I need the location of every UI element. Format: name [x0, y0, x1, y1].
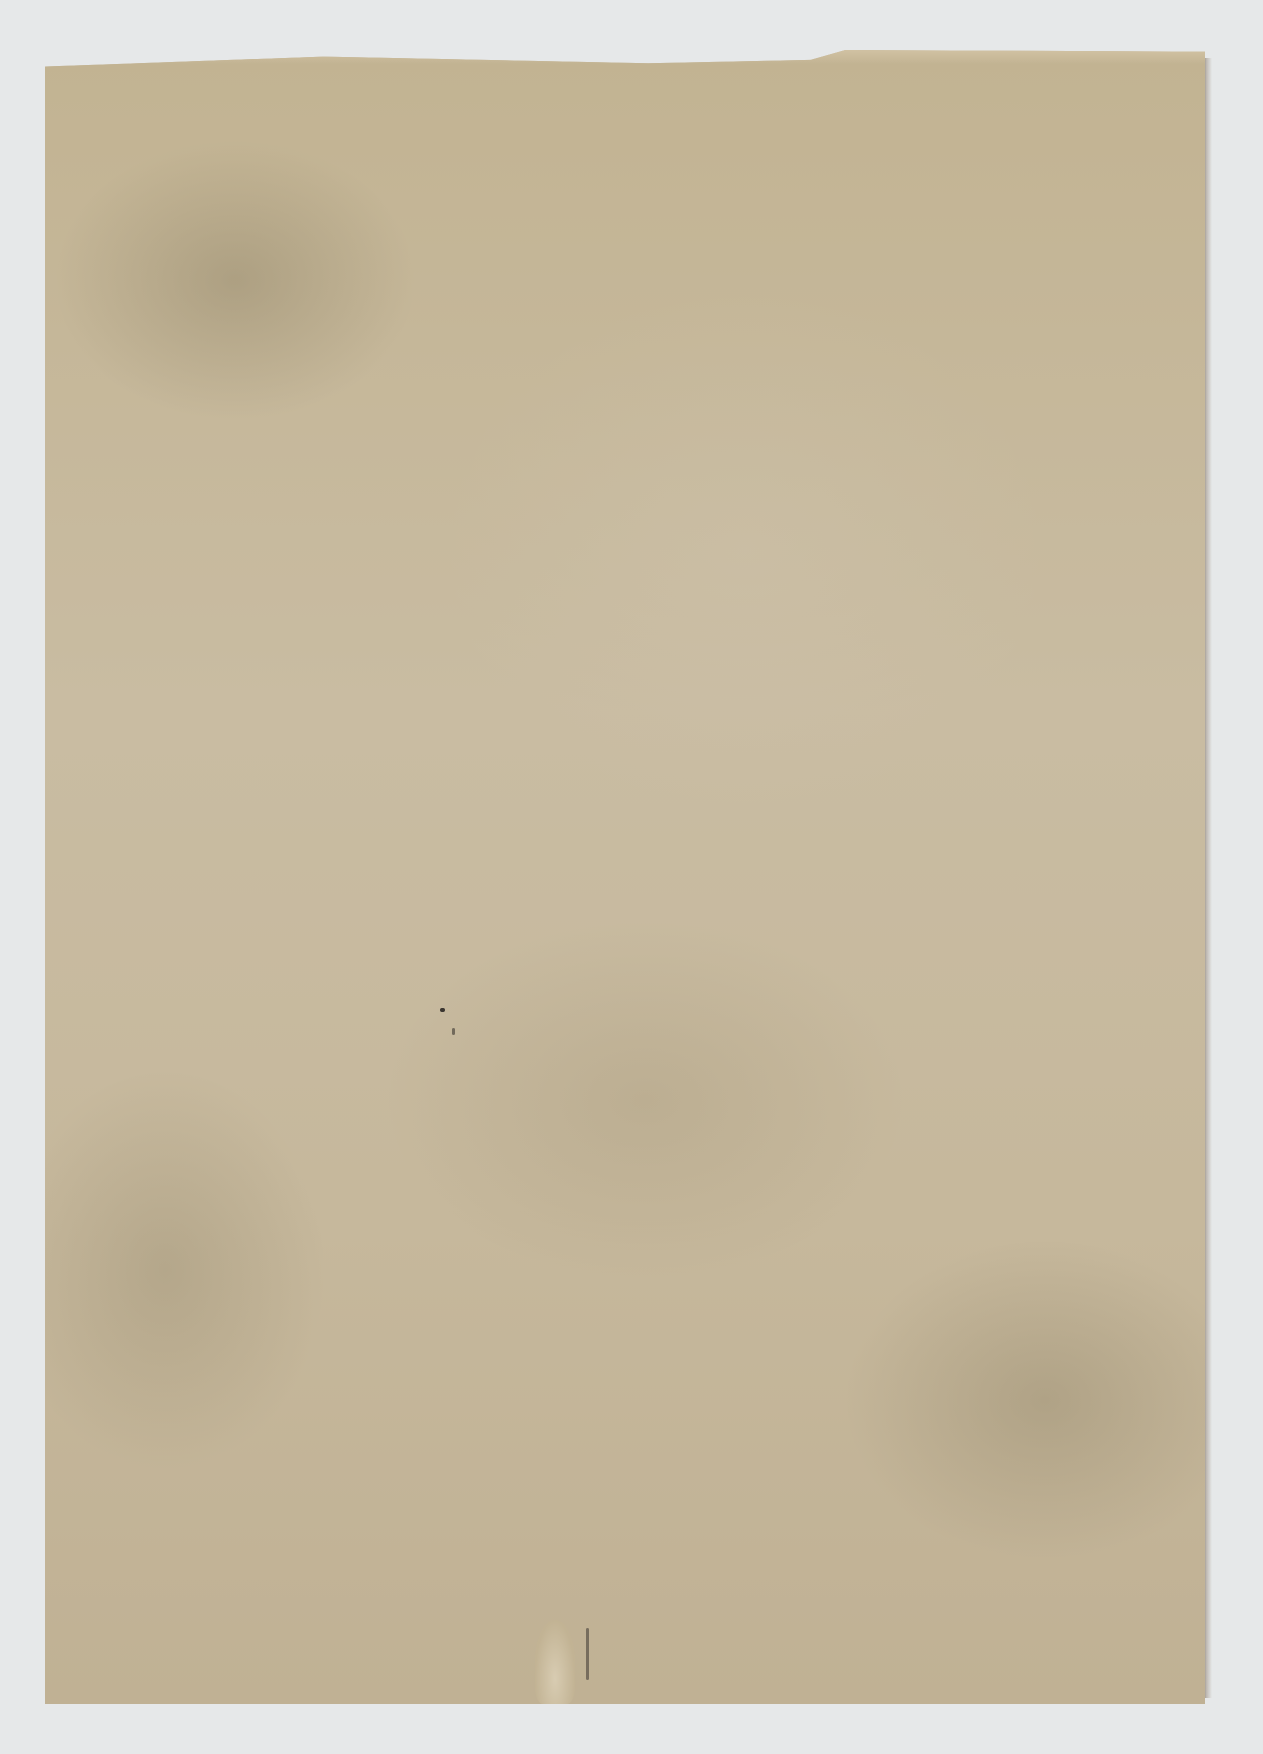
- print-fragment: [586, 1628, 589, 1680]
- ink-speck: [440, 1008, 445, 1012]
- paper-tear: [535, 1620, 575, 1704]
- paper-sheet: [45, 50, 1205, 1704]
- worn-top-edge: [45, 50, 1205, 64]
- ink-speck: [452, 1028, 455, 1035]
